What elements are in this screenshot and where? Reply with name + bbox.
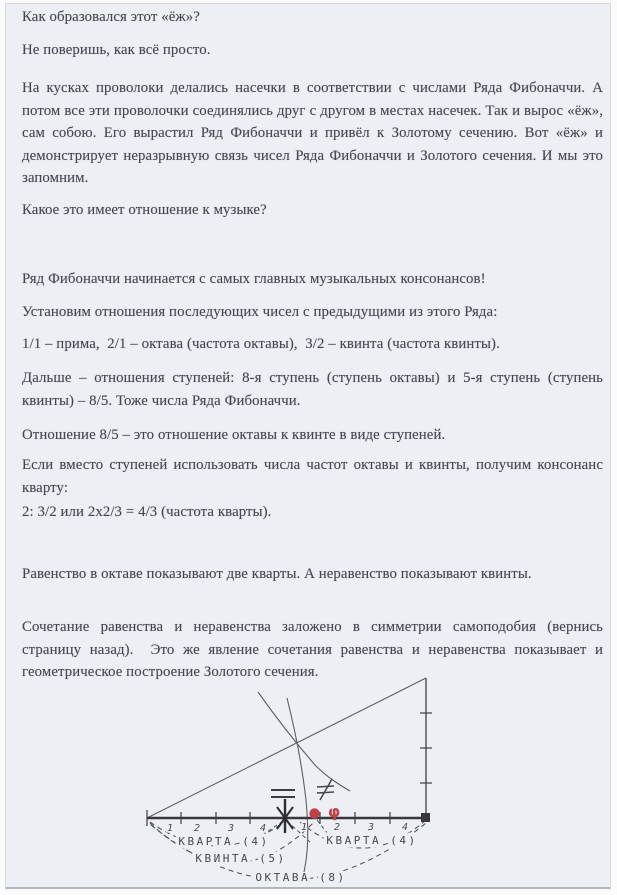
unit-digit: 4 xyxy=(402,822,408,833)
phi-symbol: φ xyxy=(327,801,341,821)
midpoint-star-mark xyxy=(277,799,293,833)
quarta-left-label: КВАРТА (4) xyxy=(178,835,269,848)
compass-arc-flat xyxy=(258,692,350,791)
unit-digit: 3 xyxy=(227,823,234,834)
golden-section-diagram: КВАРТА (4) КВАРТА (4) КВИНТА (5) ОКТАВА … xyxy=(0,0,617,895)
right-endpoint-square xyxy=(421,813,430,822)
compass-arc-steep xyxy=(287,698,308,872)
golden-section-dot xyxy=(309,808,319,818)
unit-digit: 1 xyxy=(301,822,307,833)
equals-symbol xyxy=(271,790,295,797)
unit-digit: 2 xyxy=(334,822,340,833)
unit-digit: 4 xyxy=(260,823,266,834)
quarta-right-label: КВАРТА (4) xyxy=(326,834,417,847)
unit-digit: 2 xyxy=(194,823,200,834)
octava-label: ОКТАВА (8) xyxy=(255,871,346,884)
unit-digit-labels: 1 2 3 4 1 2 3 4 xyxy=(167,822,408,834)
unit-digit: 1 xyxy=(167,823,173,834)
unit-digit: 3 xyxy=(367,822,374,833)
quinta-label: КВИНТА (5) xyxy=(195,852,286,865)
scanned-document-page: { "document": { "paragraphs": [ {"id": "… xyxy=(0,0,617,895)
not-equals-symbol xyxy=(317,779,334,800)
